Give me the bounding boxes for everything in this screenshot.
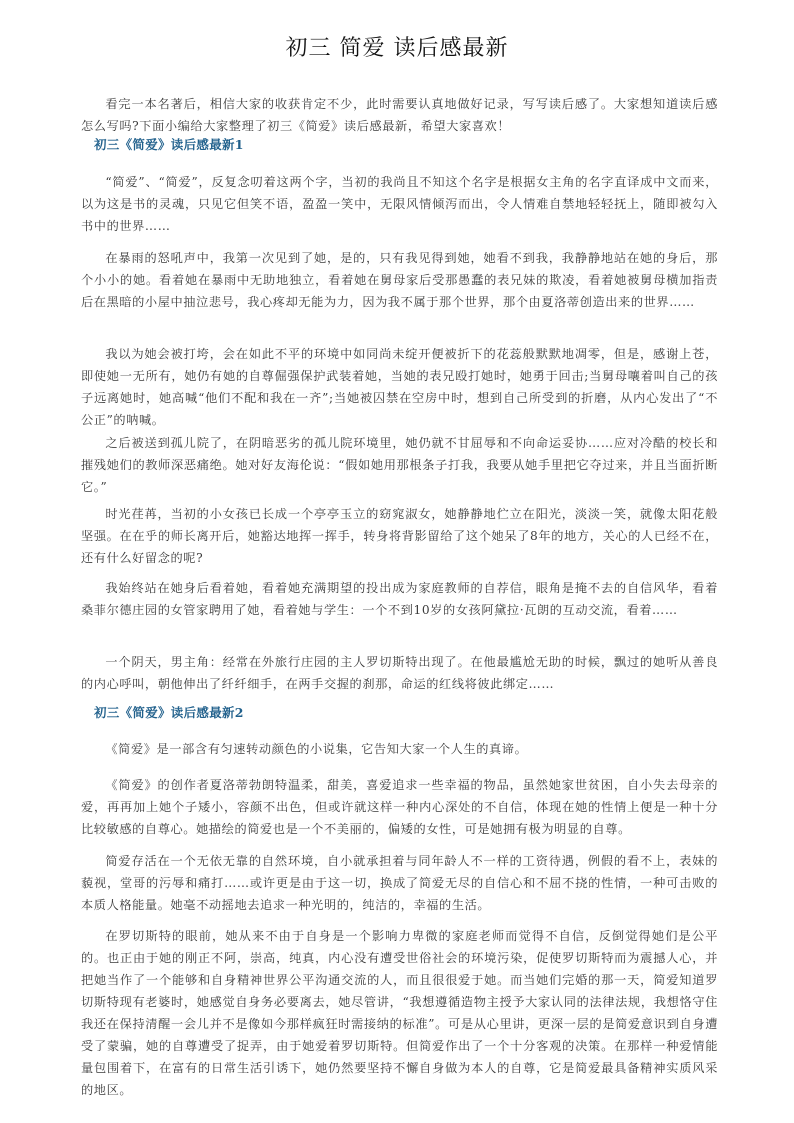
intro-block: 看完一本名著后，相信大家的收获肯定不少，此时需要认真地做好记录，写写读后感了。大… (81, 93, 718, 137)
section-heading: 初三《简爱》读后感最新2 (81, 703, 718, 723)
s1-p5-block: 时光荏苒，当初的小女孩已长成一个亭亭玉立的窈窕淑女，她静静地伫立在阳光，淡淡一笑… (81, 503, 718, 569)
s1-p1-block: “简爱”、“简爱”，反复念叨着这两个字，当初的我尚且不知这个名字是根据女主角的名… (81, 171, 718, 237)
s1-p3-block: 我以为她会被打垮，会在如此不平的环境中如同尚未绽开便被折下的花蕊般默默地凋零，但… (81, 343, 718, 431)
s1-p2-block: 在暴雨的怒吼声中，我第一次见到了她，是的，只有我见得到她，她看不到我，我静静地站… (81, 247, 718, 313)
document-page: 初三 简爱 读后感最新 看完一本名著后，相信大家的收获肯定不少，此时需要认真地做… (0, 0, 794, 1123)
s1-p4-block: 之后被送到孤儿院了，在阴暗恶劣的孤儿院环境里，她仍就不甘屈辱和不向命运妥协……应… (81, 432, 718, 498)
section-2-heading-block: 初三《简爱》读后感最新2 (81, 703, 718, 723)
intro-paragraph: 看完一本名著后，相信大家的收获肯定不少，此时需要认真地做好记录，写写读后感了。大… (81, 93, 718, 137)
paragraph: 在暴雨的怒吼声中，我第一次见到了她，是的，只有我见得到她，她看不到我，我静静地站… (81, 247, 718, 313)
page-title: 初三 简爱 读后感最新 (0, 34, 794, 64)
section-1-heading-block: 初三《简爱》读后感最新1 (81, 135, 718, 155)
s2-p2-block: 《简爱》的创作者夏洛蒂勃朗特温柔，甜美，喜爱追求一些幸福的物品，虽然她家世贫困，… (81, 774, 718, 840)
paragraph: 我以为她会被打垮，会在如此不平的环境中如同尚未绽开便被折下的花蕊般默默地凋零，但… (81, 343, 718, 431)
paragraph: 一个阴天，男主角：经常在外旅行庄园的主人罗切斯特出现了。在他最尴尬无助的时候，飘… (81, 651, 718, 695)
paragraph: 简爱存活在一个无依无靠的自然环境，自小就承担着与同年龄人不一样的工资待遇，例假的… (81, 850, 718, 916)
paragraph: 《简爱》是一部含有匀速转动颜色的小说集，它告知大家一个人生的真谛。 (81, 738, 718, 760)
s2-p3-block: 简爱存活在一个无依无靠的自然环境，自小就承担着与同年龄人不一样的工资待遇，例假的… (81, 850, 718, 916)
paragraph: 《简爱》的创作者夏洛蒂勃朗特温柔，甜美，喜爱追求一些幸福的物品，虽然她家世贫困，… (81, 774, 718, 840)
s2-p4-block: 在罗切斯特的眼前，她从来不由于自身是一个影响力卑微的家庭老师而觉得不自信，反倒觉… (81, 925, 718, 1101)
s1-p6-block: 我始终站在她身后看着她，看着她充满期望的投出成为家庭教师的自荐信，眼角是掩不去的… (81, 577, 718, 621)
s2-p1-block: 《简爱》是一部含有匀速转动颜色的小说集，它告知大家一个人生的真谛。 (81, 738, 718, 760)
s1-p7-block: 一个阴天，男主角：经常在外旅行庄园的主人罗切斯特出现了。在他最尴尬无助的时候，飘… (81, 651, 718, 695)
paragraph: 时光荏苒，当初的小女孩已长成一个亭亭玉立的窈窕淑女，她静静地伫立在阳光，淡淡一笑… (81, 503, 718, 569)
paragraph: “简爱”、“简爱”，反复念叨着这两个字，当初的我尚且不知这个名字是根据女主角的名… (81, 171, 718, 237)
paragraph: 在罗切斯特的眼前，她从来不由于自身是一个影响力卑微的家庭老师而觉得不自信，反倒觉… (81, 925, 718, 1101)
section-heading: 初三《简爱》读后感最新1 (81, 135, 718, 155)
paragraph: 我始终站在她身后看着她，看着她充满期望的投出成为家庭教师的自荐信，眼角是掩不去的… (81, 577, 718, 621)
paragraph: 之后被送到孤儿院了，在阴暗恶劣的孤儿院环境里，她仍就不甘屈辱和不向命运妥协……应… (81, 432, 718, 498)
